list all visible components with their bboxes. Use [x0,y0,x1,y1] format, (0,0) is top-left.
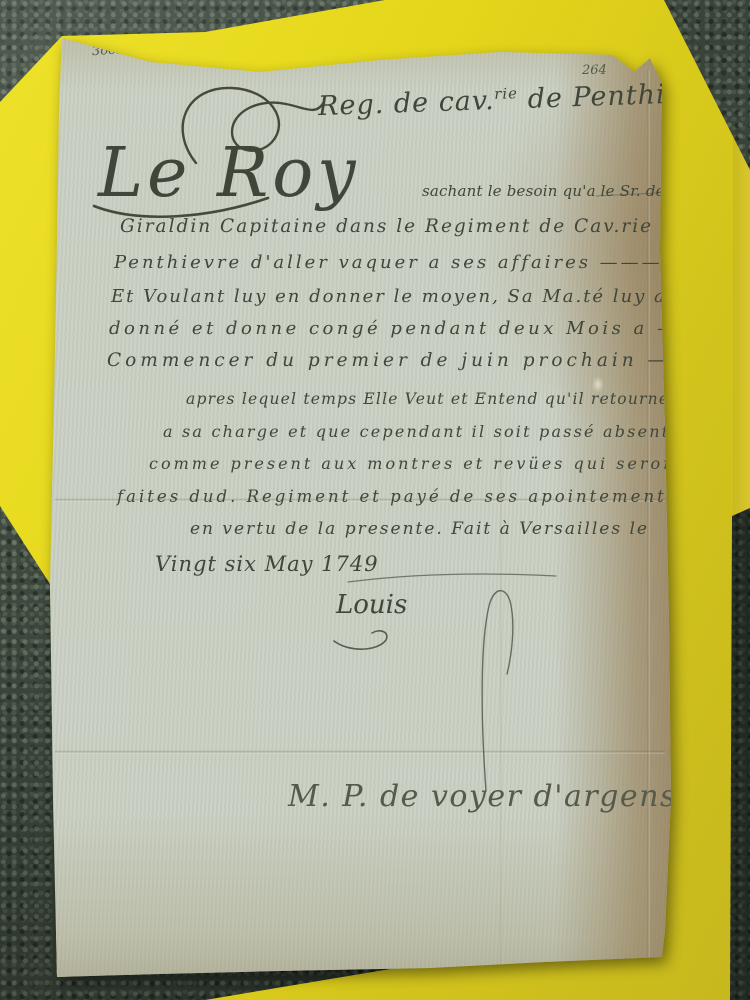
inventory-number-annotation: 3oo.ll [92,43,129,58]
salutation-text: Le Roy [98,134,360,213]
tall-pen-loop-paraph [482,591,513,791]
body-line: sachant le besoin qu'a le Sr. de [422,184,665,199]
paper-sheet: 3oo.ll 264 Reg. de cav.rie de Penthievre… [0,0,750,1000]
header-regiment-text: Reg. de cav. [318,85,495,122]
header-superscript: rie [494,84,518,103]
body-line: Giraldin Capitaine dans le Regiment de C… [120,218,688,237]
body-line: a sa charge et que cependant il soit pas… [163,424,670,440]
date-line: Vingt six May 1749 [155,554,379,575]
horizontal-fold-crease-lower [55,750,665,754]
vertical-fold-crease-right [647,70,650,958]
document-header: Reg. de cav.rie de Penthievre [318,79,731,120]
body-line: Commencer du premier de juin prochain —— [107,352,693,371]
louis-signature-swirl [334,631,387,649]
folio-number-annotation: 264 [582,64,607,77]
paper-wrapper: 3oo.ll 264 Reg. de cav.rie de Penthievre… [0,0,750,1000]
body-line: comme present aux montres et revües qui … [149,456,686,472]
salutation-le-roy: Le Roy [98,140,360,208]
vertical-fold-crease-center [500,430,503,970]
body-line: apres lequel temps Elle Veut et Entend q… [186,392,669,408]
header-penthievre-text: de Penthievre [518,77,731,115]
body-line: Penthievre d'aller vaquer a ses affaires… [114,254,663,272]
date-underline-flourish [348,574,556,582]
photo-of-manuscript: 3oo.ll 264 Reg. de cav.rie de Penthievre… [0,0,750,1000]
body-line: donné et donne congé pendant deux Mois a… [109,320,722,338]
royal-signature: Louis [336,592,407,618]
countersignature: M. P. de voyer d'argenson [288,782,717,812]
body-line: faites dud. Regiment et payé de ses apoi… [117,489,678,506]
body-line: en vertu de la presente. Fait à Versaill… [190,521,649,538]
body-line: Et Voulant luy en donner le moyen, Sa Ma… [111,288,667,306]
